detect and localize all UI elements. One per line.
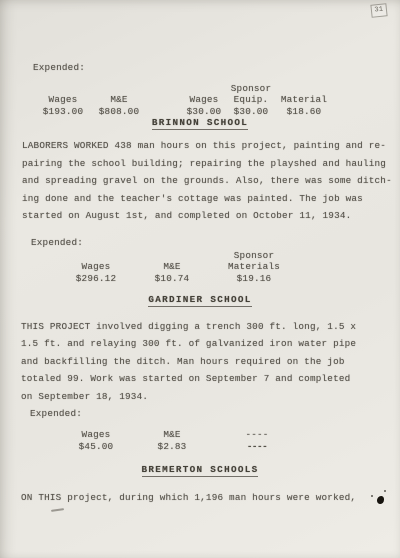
column-header: M&E: [137, 429, 207, 440]
expended-label: Expended:: [31, 237, 83, 248]
body-paragraph: ON THIS project, during which 1,196 man …: [21, 489, 393, 507]
section-heading-row: GARDINER SCHOOL: [0, 294, 400, 307]
document-page: 31 Expended: Wages $193.00 M&E $808.00 W…: [0, 0, 400, 558]
section-heading: BRINNON SCHOOL: [152, 117, 248, 130]
column-value: $10.74: [137, 273, 207, 284]
section-heading: GARDINER SCHOOL: [148, 294, 251, 307]
page-number-box: 31: [370, 3, 387, 18]
column-header-top: [31, 83, 95, 94]
column-header: Wages: [61, 261, 131, 272]
table-column: M&E $808.00: [87, 83, 151, 117]
column-header: Wages: [61, 429, 131, 440]
column-value: ----: [222, 441, 292, 452]
ink-speck: [384, 490, 386, 492]
column-value: $45.00: [61, 441, 131, 452]
column-value: $296.12: [61, 273, 131, 284]
expended-label: Expended:: [30, 408, 82, 419]
table-column: Wages $193.00: [31, 83, 95, 117]
column-header: M&E: [87, 94, 151, 105]
section-heading: BREMERTON SCHOOLS: [142, 464, 259, 477]
column-value: $808.00: [87, 106, 151, 117]
column-header: Materials: [219, 261, 289, 272]
column-header: M&E: [137, 261, 207, 272]
column-header: Material: [272, 94, 336, 105]
table-column: ---- ----: [222, 429, 292, 452]
body-paragraph: THIS PROJECT involved digging a trench 3…: [21, 318, 393, 405]
table-column: Material $18.60: [272, 83, 336, 117]
column-value: $19.16: [219, 273, 289, 284]
table-column: Sponsor Materials $19.16: [219, 250, 289, 284]
column-value: $18.60: [272, 106, 336, 117]
table-column: M&E $2.83: [137, 429, 207, 452]
column-header-top: [137, 250, 207, 261]
column-header: Wages: [31, 94, 95, 105]
column-value: $193.00: [31, 106, 95, 117]
table-column: M&E $10.74: [137, 250, 207, 284]
section-heading-row: BRINNON SCHOOL: [0, 117, 400, 130]
pencil-mark: [51, 508, 64, 511]
column-header-top: [87, 83, 151, 94]
table-column: Wages $296.12: [61, 250, 131, 284]
column-header-top: Sponsor: [219, 250, 289, 261]
ink-speck: [371, 495, 373, 497]
column-value: $2.83: [137, 441, 207, 452]
column-header-top: [61, 250, 131, 261]
section-heading-row: BREMERTON SCHOOLS: [0, 464, 400, 477]
column-header: ----: [222, 429, 292, 440]
page-number: 31: [374, 6, 384, 15]
expended-label: Expended:: [33, 62, 85, 73]
column-header-top: [272, 83, 336, 94]
body-paragraph: LABORERS WORKED 438 man hours on this pr…: [22, 137, 394, 225]
table-column: Wages $45.00: [61, 429, 131, 452]
